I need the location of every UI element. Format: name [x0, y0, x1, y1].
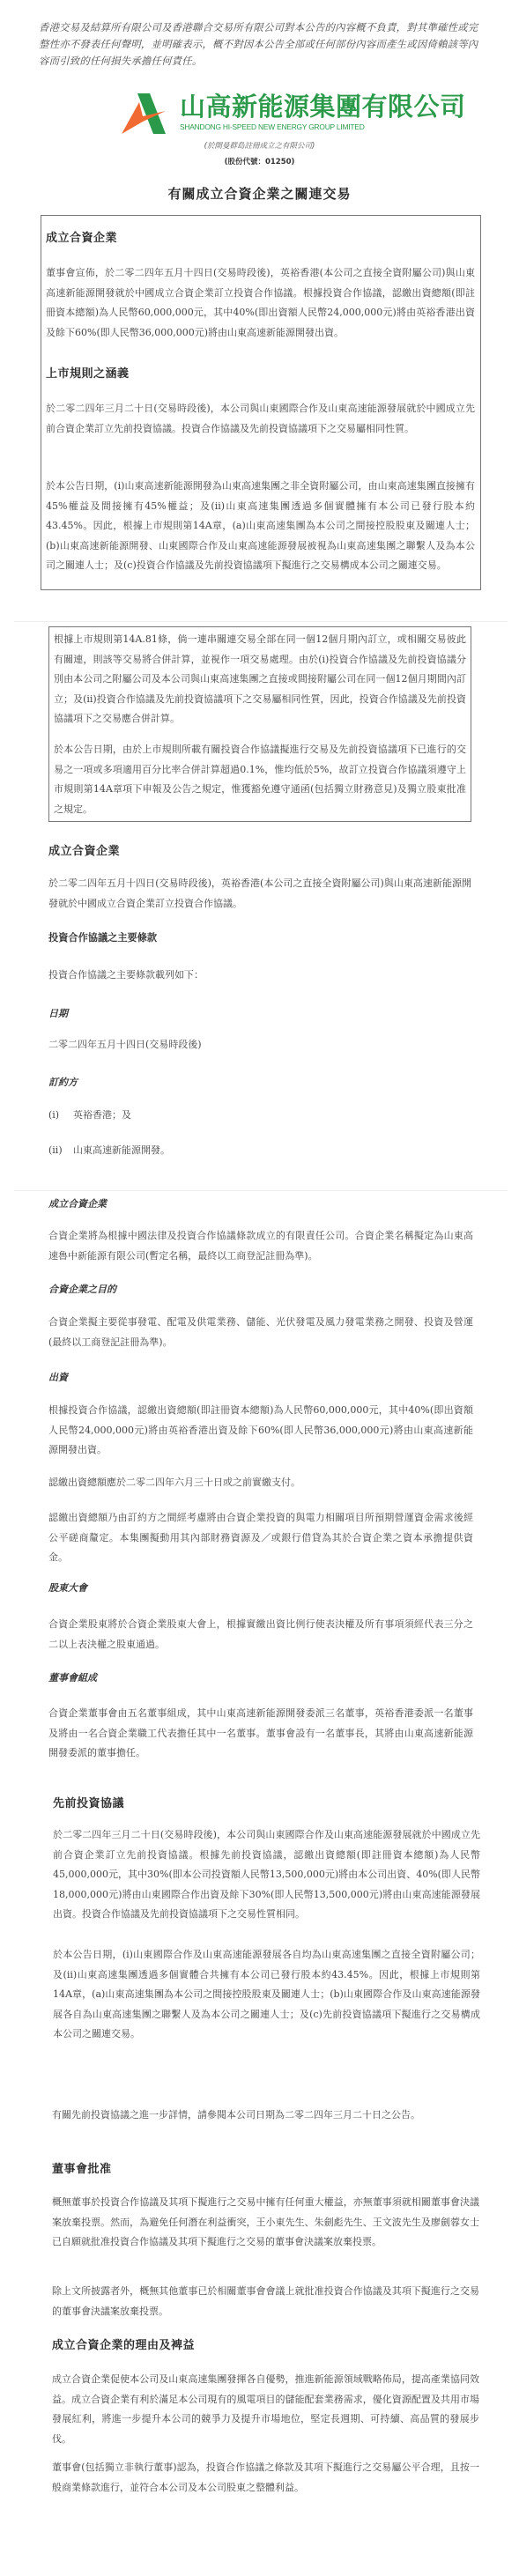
- reasons-para-1: 成立合資企業促使本公司及山東高速集團發揮各自優勢，推進新能源領域戰略佈局，提高產…: [52, 2370, 479, 2449]
- shareholders-heading: 股東大會: [48, 1580, 87, 1595]
- section-heading-board-approval: 董事會批准: [52, 2159, 112, 2176]
- party-item: (i)英裕香港；及: [48, 1107, 131, 1121]
- page-separator: [14, 1190, 508, 1191]
- board-approval-para-2: 除上文所披露者外，概無其他董事已於相關董事會會議上就批准投資合作協議及其項下擬進…: [52, 2282, 479, 2321]
- establish-heading: 成立合資企業: [48, 1196, 107, 1210]
- party-item: (ii)山東高速新能源開發。: [48, 1143, 170, 1157]
- incorporation-note: (於開曼群島註冊成立之有限公司): [0, 140, 519, 151]
- terms-intro: 投資合作協議之主要條款載列如下：: [48, 966, 471, 986]
- logo-name-en: SHANDONG HI-SPEED NEW ENERGY GROUP LIMIT…: [180, 122, 365, 131]
- capital-text-2: 認繳出資總額應於二零二四年六月三十日或之前實繳支付。: [48, 1473, 473, 1493]
- summary-heading-jv: 成立合資企業: [46, 228, 117, 245]
- logo-mark-icon: [122, 92, 174, 136]
- summary-box: 成立合資企業 董事會宣佈，於二零二四年五月十四日(交易時段後)，英裕香港(本公司…: [41, 215, 481, 590]
- logo-name-zh: 山高新能源集團有限公司: [180, 92, 466, 122]
- date-value: 二零二四年五月十四日(交易時段後): [48, 1035, 471, 1055]
- prior-para-1: 於二零二四年三月二十日(交易時段後)，本公司與山東國際合作及山東高速能源發展就於…: [53, 1825, 480, 1925]
- capital-text-3: 認繳出資總額乃由訂約方之間經考慮將由合資企業投資的與電力相關項目所預期營運資金需…: [48, 1508, 473, 1568]
- exemption-para: 於本公告日期，由於上市規則所載有關投資合作協議擬進行交易及先前投資協議項下已進行…: [54, 740, 466, 819]
- summary-para-prior: 於二零二四年三月二十日(交易時段後)，本公司與山東國際合作及山東高速能源發展就於…: [46, 399, 475, 439]
- board-approval-para-1: 概無董事於投資合作協議及其項下擬進行之交易中擁有任何重大權益，亦無董事須就相關董…: [52, 2193, 479, 2253]
- summary-para-jv: 董事會宣佈，於二零二四年五月十四日(交易時段後)，英裕香港(本公司之直接全資附屬…: [46, 263, 475, 343]
- date-heading: 日期: [48, 1006, 68, 1020]
- disclaimer-text: 香港交易及結算所有限公司及香港聯合交易所有限公司對本公告的內容概不負責，對其準確…: [39, 19, 484, 70]
- jv-intro: 於二零二四年五月十四日(交易時段後)，英裕香港(本公司之直接全資附屬公司)與山東…: [48, 874, 471, 914]
- parties-heading: 訂約方: [48, 1075, 78, 1089]
- prior-para-3: 有關先前投資協議之進一步詳情，請參閱本公司日期為二零二四年三月二十日之公告。: [52, 2106, 479, 2126]
- section-heading-reasons: 成立合資企業的理由及裨益: [52, 2335, 195, 2352]
- board-composition-heading: 董事會組成: [48, 1670, 97, 1684]
- stock-code: (股份代號：01250): [0, 156, 519, 167]
- section-heading-prior: 先前投資協議: [53, 1794, 124, 1810]
- company-logo: 山高新能源集團有限公司 SHANDONG HI-SPEED NEW ENERGY…: [122, 92, 404, 136]
- capital-text-1: 根據投資合作協議，認繳出資總額(即註冊資本總額)為人民幣60,000,000元，…: [48, 1401, 473, 1461]
- establish-text: 合資企業將為根據中國法律及投資合作協議條款成立的有限責任公司。合資企業名稱擬定為…: [48, 1226, 473, 1266]
- section-heading-jv: 成立合資企業: [48, 841, 120, 858]
- aggregation-para: 根據上市規則第14A.81條，倘一連串關連交易全部在同一個12個月期內訂立，或相…: [54, 630, 466, 729]
- terms-heading: 投資合作協議之主要條款: [48, 930, 157, 944]
- board-composition-text: 合資企業董事會由五名董事組成，其中山東高速新能源開發委派三名董事，英裕香港委派一…: [48, 1704, 473, 1764]
- summary-para-connected: 於本公告日期，(i)山東高速新能源開發為山東高速集團之非全資附屬公司，由山東高速…: [46, 477, 475, 576]
- purpose-text: 合資企業擬主要從事發電、配電及供電業務、儲能、光伏發電及風力發電業務之開發、投資…: [48, 1313, 473, 1352]
- purpose-heading: 合資企業之目的: [48, 1282, 116, 1296]
- prior-para-2: 於本公告日期，(i)山東國際合作及山東高速能源發展各自均為山東高速集團之直接全資…: [53, 1945, 480, 2045]
- shareholders-text: 合資企業股東將於合資企業股東大會上，根據實繳出資比例行使表決權及所有事項須經代表…: [48, 1615, 473, 1654]
- reasons-para-2: 董事會(包括獨立非執行董事)認為，投資合作協議之條款及其項下擬進行之交易屬公平合…: [52, 2458, 479, 2498]
- page-title: 有關成立合資企業之關連交易: [0, 184, 519, 203]
- summary-heading-listing-rules: 上市規則之涵義: [46, 364, 130, 381]
- capital-heading: 出資: [48, 1370, 68, 1384]
- aggregation-box: 根據上市規則第14A.81條，倘一連串關連交易全部在同一個12個月期內訂立，或相…: [48, 626, 471, 822]
- page-separator: [14, 621, 508, 622]
